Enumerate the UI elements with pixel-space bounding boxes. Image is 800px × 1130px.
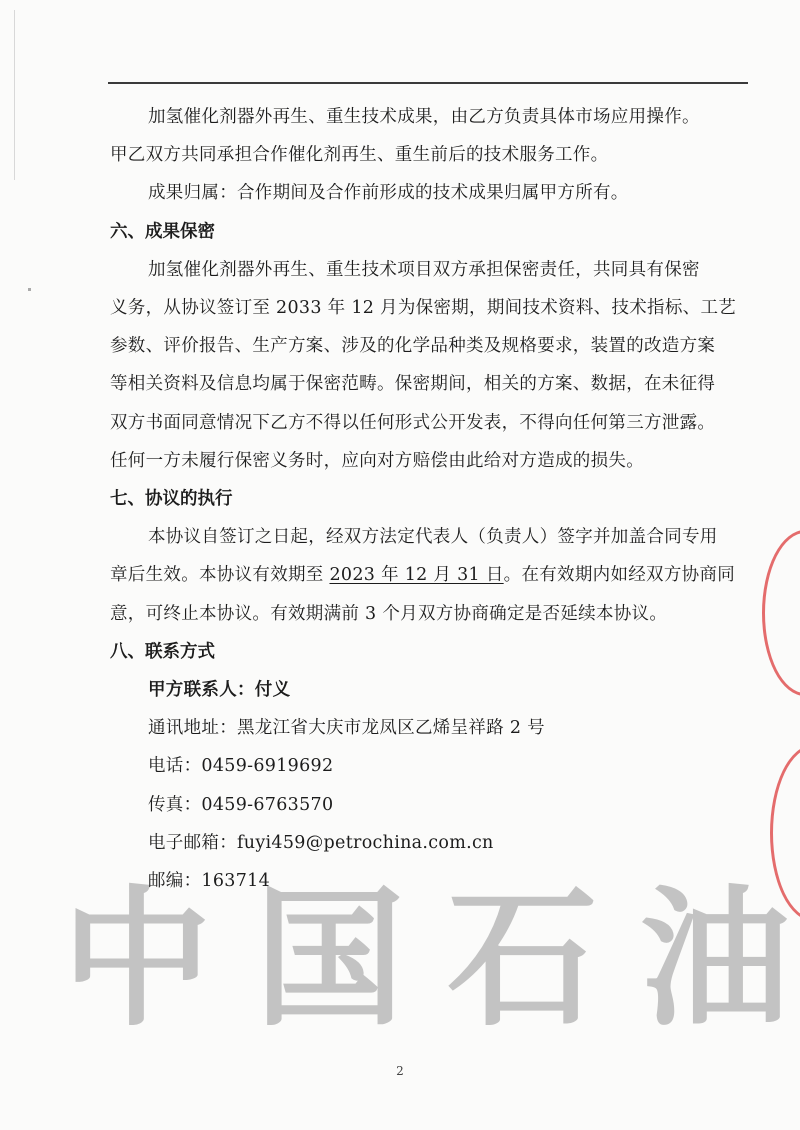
contact-address: 通讯地址：黑龙江省大庆市龙凤区乙烯呈祥路 2 号 xyxy=(110,709,750,747)
contact-postcode: 邮编：163714 xyxy=(110,862,750,900)
red-seal-stamp xyxy=(762,530,800,696)
watermark-char: 石 xyxy=(437,880,607,1040)
watermark-char: 油 xyxy=(630,880,800,1040)
section-heading: 七、协议的执行 xyxy=(110,480,750,518)
paragraph-line: 双方书面同意情况下乙方不得以任何形式公开发表，不得向任何第三方泄露。 xyxy=(110,404,750,442)
watermark-char: 国 xyxy=(245,880,415,1040)
contact-fax: 传真：0459-6763570 xyxy=(110,786,750,824)
paragraph-line: 任何一方未履行保密义务时，应向对方赔偿由此给对方造成的损失。 xyxy=(110,442,750,480)
watermark-char: 中 xyxy=(52,880,222,1040)
scan-speck xyxy=(28,288,31,291)
header-rule xyxy=(108,82,748,84)
text-run: 章后生效。本协议有效期至 xyxy=(110,565,329,585)
section-heading: 八、联系方式 xyxy=(110,633,750,671)
paragraph-line: 参数、评价报告、生产方案、涉及的化学品种类及规格要求，装置的改造方案 xyxy=(110,327,750,365)
paragraph-line: 本协议自签订之日起，经双方法定代表人（负责人）签字并加盖合同专用 xyxy=(110,518,750,556)
contact-person: 甲方联系人：付义 xyxy=(110,671,750,709)
expiry-date: 2023 年 12 月 31 日 xyxy=(329,565,503,585)
paragraph-line: 加氢催化剂器外再生、重生技术项目双方承担保密责任，共同具有保密 xyxy=(110,251,750,289)
paragraph-line: 章后生效。本协议有效期至 2023 年 12 月 31 日。在有效期内如经双方协… xyxy=(110,556,750,594)
section-heading: 六、成果保密 xyxy=(110,213,750,251)
page-number: 2 xyxy=(0,1064,800,1078)
document-body: 加氢催化剂器外再生、重生技术成果，由乙方负责具体市场应用操作。 甲乙双方共同承担… xyxy=(110,98,750,900)
paragraph-line: 义务，从协议签订至 2033 年 12 月为保密期，期间技术资料、技术指标、工艺 xyxy=(110,289,750,327)
scan-edge xyxy=(14,10,15,180)
paragraph-line: 等相关资料及信息均属于保密范畴。保密期间，相关的方案、数据，在未征得 xyxy=(110,365,750,403)
paragraph-line: 加氢催化剂器外再生、重生技术成果，由乙方负责具体市场应用操作。 xyxy=(110,98,750,136)
paragraph-line: 意，可终止本协议。有效期满前 3 个月双方协商确定是否延续本协议。 xyxy=(110,595,750,633)
paragraph-line: 成果归属：合作期间及合作前形成的技术成果归属甲方所有。 xyxy=(110,174,750,212)
paragraph-line: 甲乙双方共同承担合作催化剂再生、重生前后的技术服务工作。 xyxy=(110,136,750,174)
contact-email: 电子邮箱：fuyi459@petrochina.com.cn xyxy=(110,824,750,862)
watermark: 中 国 石 油 xyxy=(52,880,800,1040)
text-run: 。在有效期内如经双方协商同 xyxy=(504,565,735,585)
contact-phone: 电话：0459-6919692 xyxy=(110,747,750,785)
